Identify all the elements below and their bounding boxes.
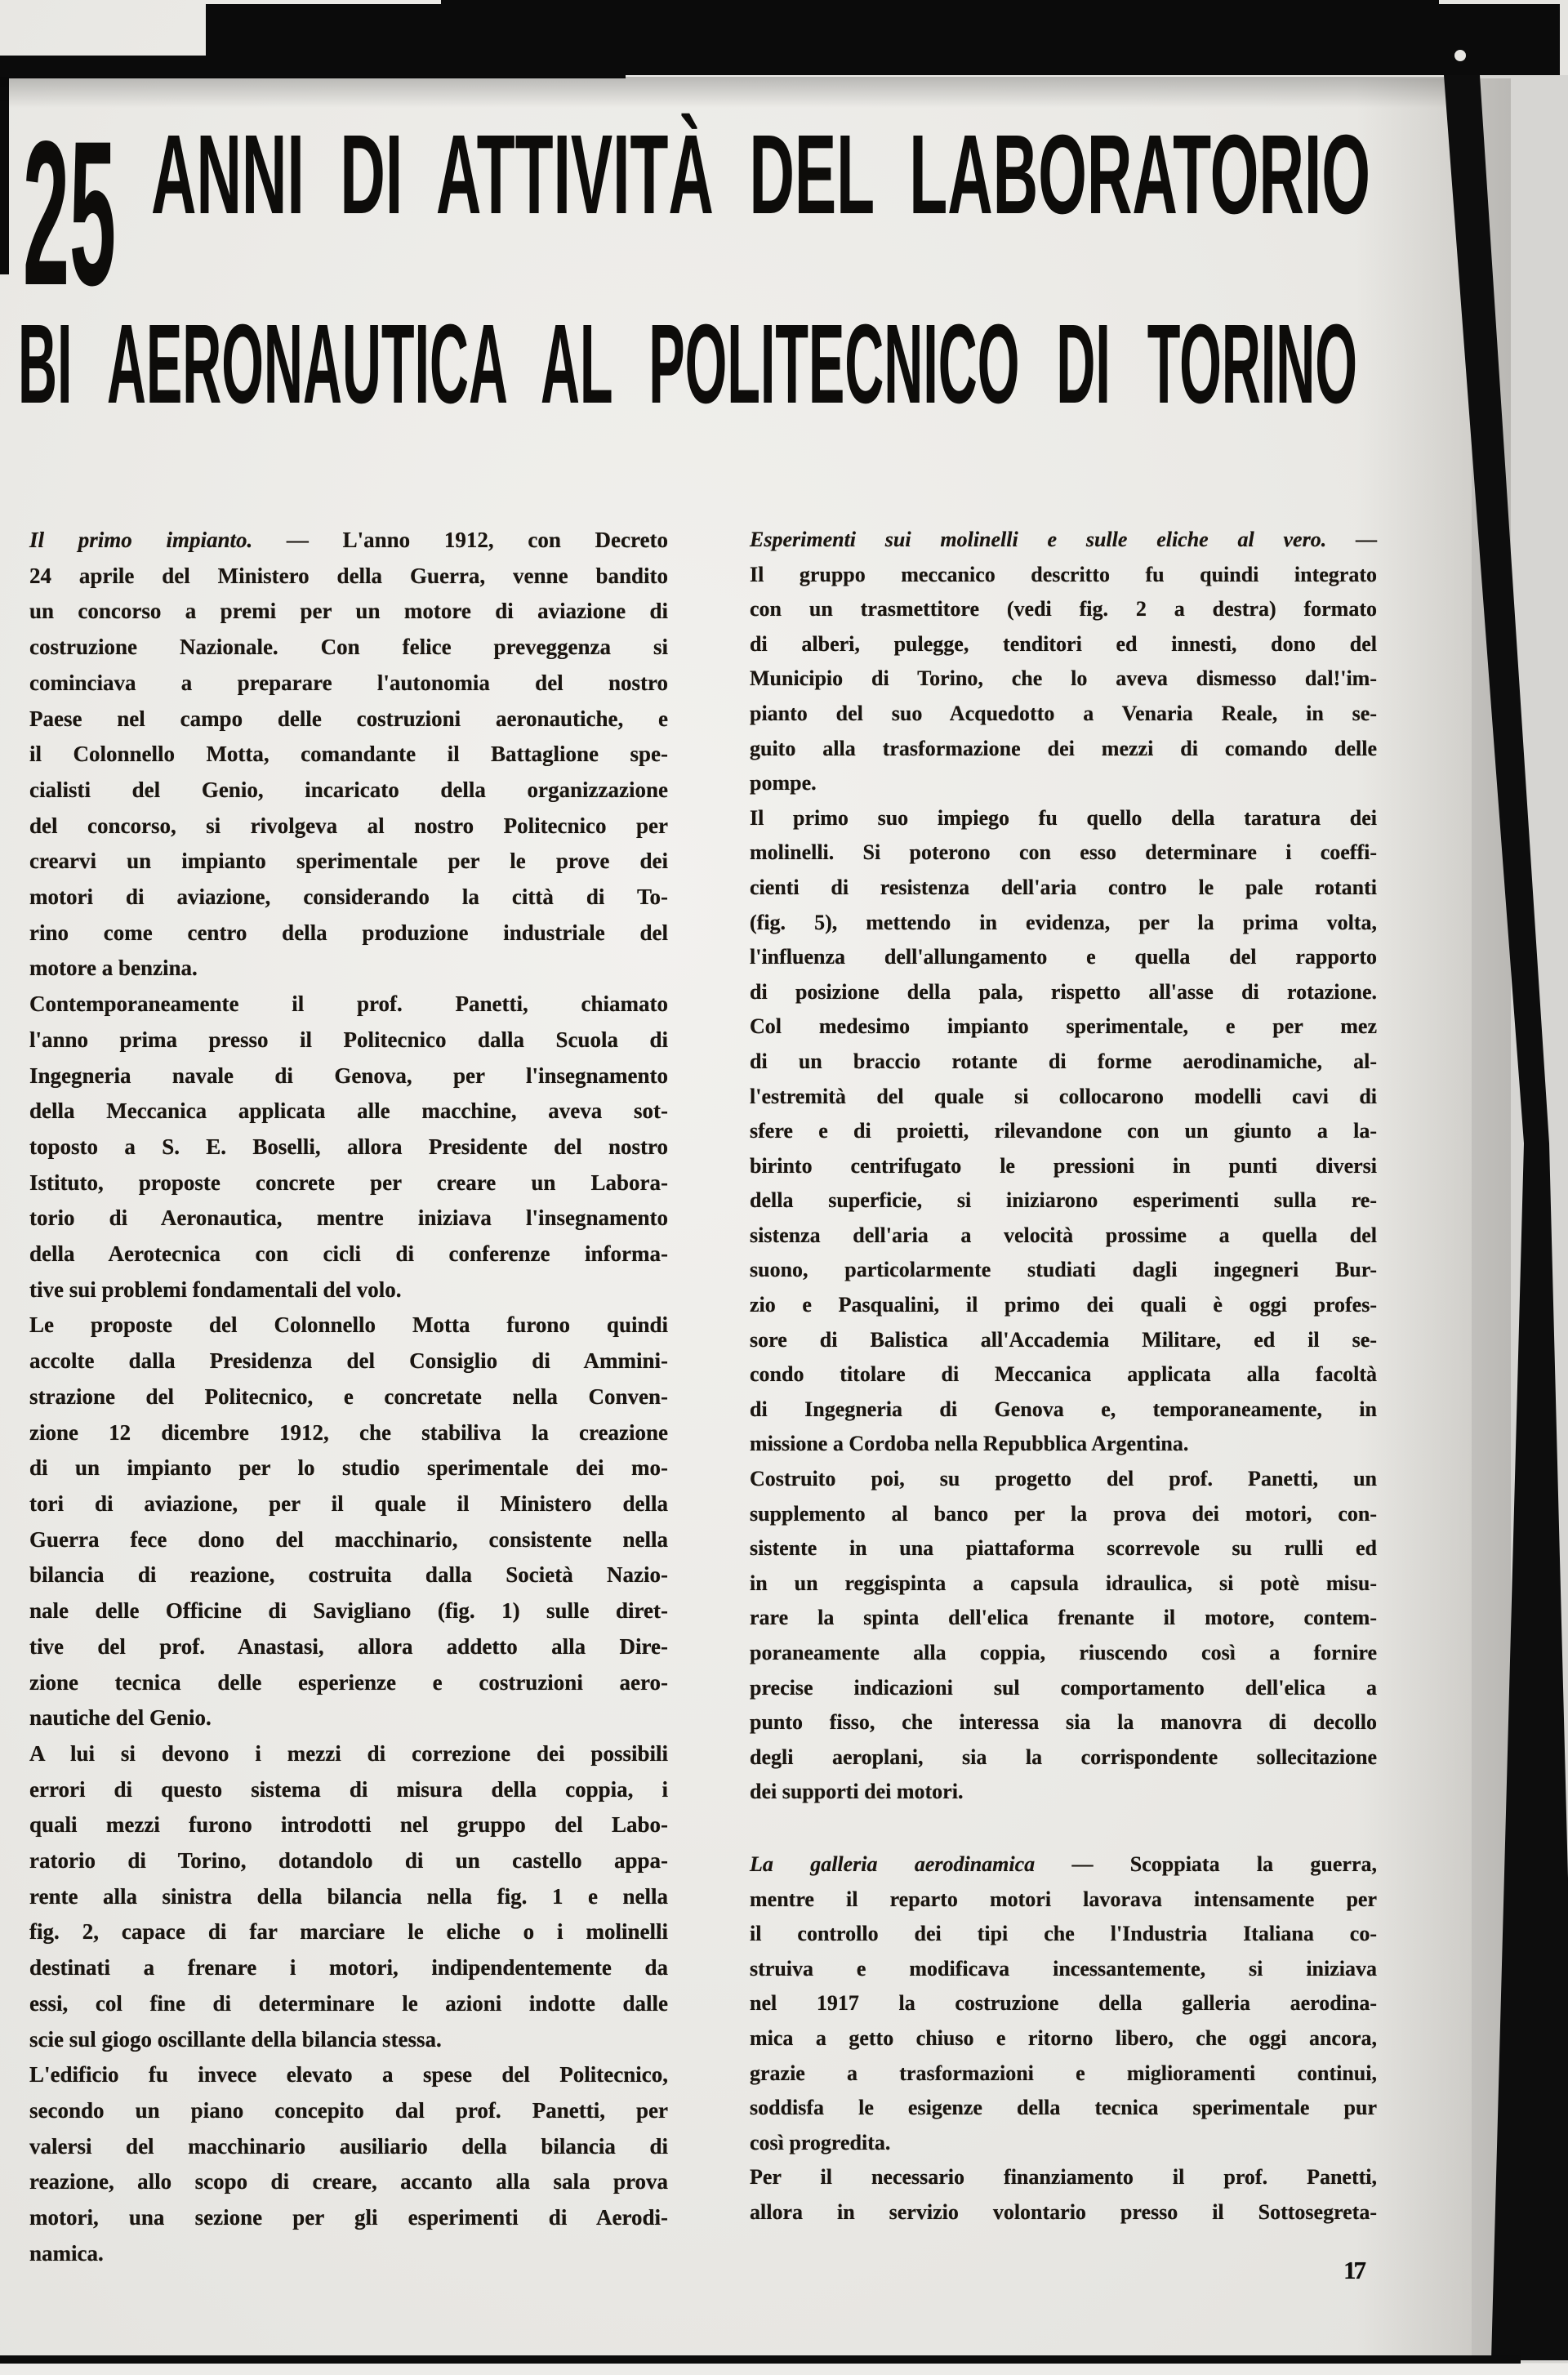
text-line: Esperimenti sui molinelli e sulle eliche… xyxy=(750,523,1377,558)
text-line: 24 aprile del Ministero della Guerra, ve… xyxy=(29,559,668,595)
text-line: rente alla sinistra della bilancia nella… xyxy=(29,1879,668,1915)
title-line2: BI AERONAUTICA AL POLITECNICO DI TORINO xyxy=(18,301,1357,427)
text-line: rare la spinta dell'elica frenante il mo… xyxy=(750,1601,1377,1636)
text-line: tive del prof. Anastasi, allora addetto … xyxy=(29,1629,668,1665)
text-line: crearvi un impianto sperimentale per le … xyxy=(29,844,668,880)
text-line: così progredita. xyxy=(750,2126,1377,2161)
text-line: motori, una sezione per gli esperimenti … xyxy=(29,2200,668,2236)
text-line: cominciava a preparare l'autonomia del n… xyxy=(29,666,668,702)
text-line: sore di Balistica all'Accademia Militare… xyxy=(750,1323,1377,1358)
text-line: valersi del macchinario ausiliario della… xyxy=(29,2129,668,2165)
text-line: rino come centro della produzione indust… xyxy=(29,916,668,951)
text-line: tori di aviazione, per il quale il Minis… xyxy=(29,1486,668,1522)
text-line: condo titolare di Meccanica applicata al… xyxy=(750,1357,1377,1392)
text-line: con un trasmettitore (vedi fig. 2 a dest… xyxy=(750,592,1377,627)
text-line: molinelli. Si poterono con esso determin… xyxy=(750,835,1377,871)
text-line: in un reggispinta a capsula idraulica, s… xyxy=(750,1566,1377,1602)
text-line: pianto del suo Acquedotto a Venaria Real… xyxy=(750,697,1377,732)
text-line: Municipio di Torino, che lo aveva dismes… xyxy=(750,662,1377,697)
text-line: Istituto, proposte concrete per creare u… xyxy=(29,1165,668,1201)
text-line: degli aeroplani, sia la corrispondente s… xyxy=(750,1740,1377,1776)
text-line: sistente in una piattaforma scorrevole s… xyxy=(750,1531,1377,1566)
scan-bottom-strip xyxy=(0,2364,1568,2375)
text-line: zione tecnica delle esperienze e costruz… xyxy=(29,1665,668,1701)
page-number: 17 xyxy=(1343,2256,1364,2285)
text-line: l'anno prima presso il Politecnico dalla… xyxy=(29,1023,668,1058)
text-line: Le proposte del Colonnello Motta furono … xyxy=(29,1308,668,1343)
text-line: l'influenza dell'allungamento e quella d… xyxy=(750,940,1377,975)
text-line: accolte dalla Presidenza del Consiglio d… xyxy=(29,1343,668,1379)
text-line: sfere e di proietti, rilevandone con un … xyxy=(750,1114,1377,1149)
text-line: missione a Cordoba nella Repubblica Arge… xyxy=(750,1427,1377,1462)
text-line: secondo un piano concepito dal prof. Pan… xyxy=(29,2093,668,2129)
text-line: L'edificio fu invece elevato a spese del… xyxy=(29,2057,668,2093)
text-line: Col medesimo impianto sperimentale, e pe… xyxy=(750,1009,1377,1045)
text-line: namica. xyxy=(29,2236,668,2272)
scan-bottom-line xyxy=(0,2355,1521,2364)
text-line: essi, col fine di determinare le azioni … xyxy=(29,1986,668,2022)
scanned-page: 25 ANNI DI ATTIVITÀ DEL LABORATORIO BI A… xyxy=(0,0,1568,2375)
title-line1: ANNI DI ATTIVITÀ DEL LABORATORIO xyxy=(151,112,1370,238)
text-line: Il primo impianto. — L'anno 1912, con De… xyxy=(29,523,668,559)
left-column: Il primo impianto. — L'anno 1912, con De… xyxy=(29,523,668,2271)
text-line: ratorio di Torino, dotandolo di un caste… xyxy=(29,1843,668,1879)
text-line: scie sul giogo oscillante della bilancia… xyxy=(29,2022,668,2058)
text-line: Ingegneria navale di Genova, per l'inseg… xyxy=(29,1058,668,1094)
text-line: destinati a frenare i motori, indipenden… xyxy=(29,1950,668,1986)
text-line: mica a getto chiuso e ritorno libero, ch… xyxy=(750,2021,1377,2056)
scan-dust-dot xyxy=(1454,50,1466,61)
text-line: allora in servizio volontario presso il … xyxy=(750,2195,1377,2230)
text-line: un concorso a premi per un motore di avi… xyxy=(29,594,668,630)
text-line: Per il necessario finanziamento il prof.… xyxy=(750,2160,1377,2195)
text-line: di un braccio rotante di forme aerodinam… xyxy=(750,1045,1377,1080)
text-line: suono, particolarmente studiati dagli in… xyxy=(750,1253,1377,1288)
scan-top-bar-left xyxy=(0,56,626,78)
text-line: Paese nel campo delle costruzioni aerona… xyxy=(29,702,668,737)
text-line: Guerra fece dono del macchinario, consis… xyxy=(29,1522,668,1558)
text-line: del concorso, si rivolgeva al nostro Pol… xyxy=(29,809,668,844)
text-line: birinto centrifugato le pressioni in pun… xyxy=(750,1149,1377,1184)
text-line: zione 12 dicembre 1912, che stabiliva la… xyxy=(29,1415,668,1451)
text-line: zio e Pasqualini, il primo dei quali è o… xyxy=(750,1288,1377,1323)
text-line: il controllo dei tipi che l'Industria It… xyxy=(750,1917,1377,1952)
text-line: Costruito poi, su progetto del prof. Pan… xyxy=(750,1462,1377,1497)
text-line: nale delle Officine di Savigliano (fig. … xyxy=(29,1593,668,1629)
text-line: di un impianto per lo studio sperimental… xyxy=(29,1450,668,1486)
text-line: (fig. 5), mettendo in evidenza, per la p… xyxy=(750,906,1377,941)
text-line: cienti di resistenza dell'aria contro le… xyxy=(750,871,1377,906)
text-line: motori di aviazione, considerando la cit… xyxy=(29,880,668,916)
text-line: pompe. xyxy=(750,766,1377,801)
text-line: A lui si devono i mezzi di correzione de… xyxy=(29,1736,668,1772)
text-line: soddisfa le esigenze della tecnica speri… xyxy=(750,2091,1377,2126)
text-line: reazione, allo scopo di creare, accanto … xyxy=(29,2164,668,2200)
paragraph-gap xyxy=(750,1810,1377,1847)
text-line: nel 1917 la costruzione della galleria a… xyxy=(750,1986,1377,2021)
text-line: il Colonnello Motta, comandante il Batta… xyxy=(29,737,668,773)
text-line: Il gruppo meccanico descritto fu quindi … xyxy=(750,558,1377,593)
text-line: fig. 2, capace di far marciare le eliche… xyxy=(29,1914,668,1950)
text-line: supplemento al banco per la prova dei mo… xyxy=(750,1497,1377,1532)
text-line: di alberi, pulegge, tenditori ed innesti… xyxy=(750,627,1377,662)
text-line: Il primo suo impiego fu quello della tar… xyxy=(750,801,1377,836)
text-line: strazione del Politecnico, e concretate … xyxy=(29,1379,668,1415)
text-line: motore a benzina. xyxy=(29,951,668,987)
text-line: cialisti del Genio, incaricato della org… xyxy=(29,773,668,809)
title-number: 25 xyxy=(23,99,116,328)
text-line: precise indicazioni sul comportamento de… xyxy=(750,1671,1377,1706)
text-line: dei supporti dei motori. xyxy=(750,1775,1377,1810)
text-line: grazie a trasformazioni e miglioramenti … xyxy=(750,2056,1377,2092)
text-line: punto fisso, che interessa sia la manovr… xyxy=(750,1705,1377,1740)
text-line: La galleria aerodinamica — Scoppiata la … xyxy=(750,1847,1377,1883)
text-line: di posizione della pala, rispetto all'as… xyxy=(750,975,1377,1010)
text-line: della Meccanica applicata alle macchine,… xyxy=(29,1094,668,1130)
text-line: bilancia di reazione, costruita dalla So… xyxy=(29,1557,668,1593)
text-line: quali mezzi furono introdotti nel gruppo… xyxy=(29,1807,668,1843)
text-line: struiva e modificava incessantemente, si… xyxy=(750,1952,1377,1987)
text-line: l'estremità del quale si collocarono mod… xyxy=(750,1080,1377,1115)
text-line: costruzione Nazionale. Con felice preveg… xyxy=(29,630,668,666)
text-line: guito alla trasformazione dei mezzi di c… xyxy=(750,732,1377,767)
text-line: di Ingegneria di Genova e, temporaneamen… xyxy=(750,1392,1377,1428)
text-line: della superficie, si iniziarono esperime… xyxy=(750,1183,1377,1219)
right-column: Esperimenti sui molinelli e sulle eliche… xyxy=(750,523,1377,2230)
text-line: nautiche del Genio. xyxy=(29,1700,668,1736)
text-line: sistenza dell'aria a velocità prossime a… xyxy=(750,1219,1377,1254)
text-line: toposto a S. E. Boselli, allora Presiden… xyxy=(29,1130,668,1165)
text-line: tive sui problemi fondamentali del volo. xyxy=(29,1272,668,1308)
text-line: mentre il reparto motori lavorava intens… xyxy=(750,1883,1377,1918)
text-line: della Aerotecnica con cicli di conferenz… xyxy=(29,1237,668,1272)
text-line: errori di questo sistema di misura della… xyxy=(29,1772,668,1808)
text-line: torio di Aeronautica, mentre iniziava l'… xyxy=(29,1201,668,1237)
text-line: Contemporaneamente il prof. Panetti, chi… xyxy=(29,987,668,1023)
text-line: poraneamente alla coppia, riuscendo così… xyxy=(750,1636,1377,1671)
scan-top-shadow xyxy=(0,77,1478,108)
